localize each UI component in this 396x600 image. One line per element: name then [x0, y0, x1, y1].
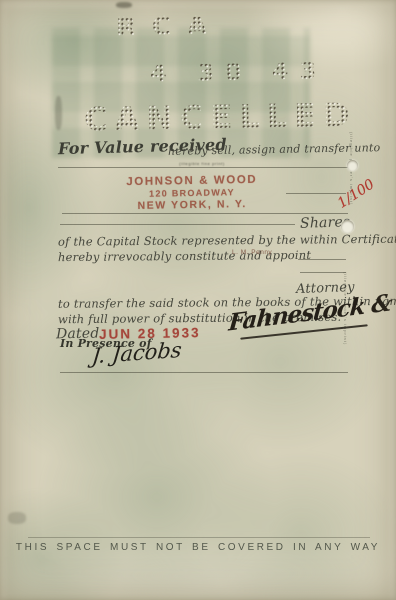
constitute-appoint-text: hereby irrevocably constitute and appoin…: [58, 248, 311, 264]
capital-stock-text: of the Capital Stock represented by the …: [58, 231, 396, 248]
appointee-name-stamp: L. M. Penny: [232, 249, 272, 256]
punch-hole: [347, 160, 358, 171]
do-not-cover-caption: THIS SPACE MUST NOT BE COVERED IN ANY WA…: [0, 542, 396, 553]
assignee-address-stamp: JOHNSON & WOOD 120 BROADWAY NEW YORK, N.…: [112, 174, 273, 213]
perforated-text-line-1: RCA: [116, 11, 224, 43]
ink-smudge: [116, 2, 132, 8]
micro-print-notice: (illegible fine print): [92, 161, 312, 166]
witness-signature: J. Jacobs: [91, 338, 183, 368]
assignee-city-stamp: NEW YORK, N. Y.: [112, 198, 272, 213]
blank-line: [60, 372, 348, 373]
footer-rule: [28, 537, 370, 538]
certificate-back-scan: RCA 4 30 43 CANCELLED For Value received…: [0, 0, 396, 600]
punch-hole: [341, 220, 354, 233]
blank-line: [62, 213, 348, 214]
perforated-text-line-2: 4 30 43: [150, 56, 328, 87]
printers-imprint: (illegible printer's imprint): [349, 132, 354, 224]
red-pencil-fraction-note: 1/100: [335, 176, 378, 211]
blank-line: [286, 193, 346, 194]
blank-line: [298, 259, 346, 260]
printers-imprint: (illegible printer's imprint): [343, 272, 348, 342]
ink-smudge: [55, 96, 62, 130]
perforated-cancelled-text: CANCELLED: [84, 96, 357, 139]
ink-smudge: [8, 512, 26, 524]
blank-line: [60, 224, 295, 225]
blank-line: [58, 167, 348, 168]
blank-line: [300, 272, 346, 273]
